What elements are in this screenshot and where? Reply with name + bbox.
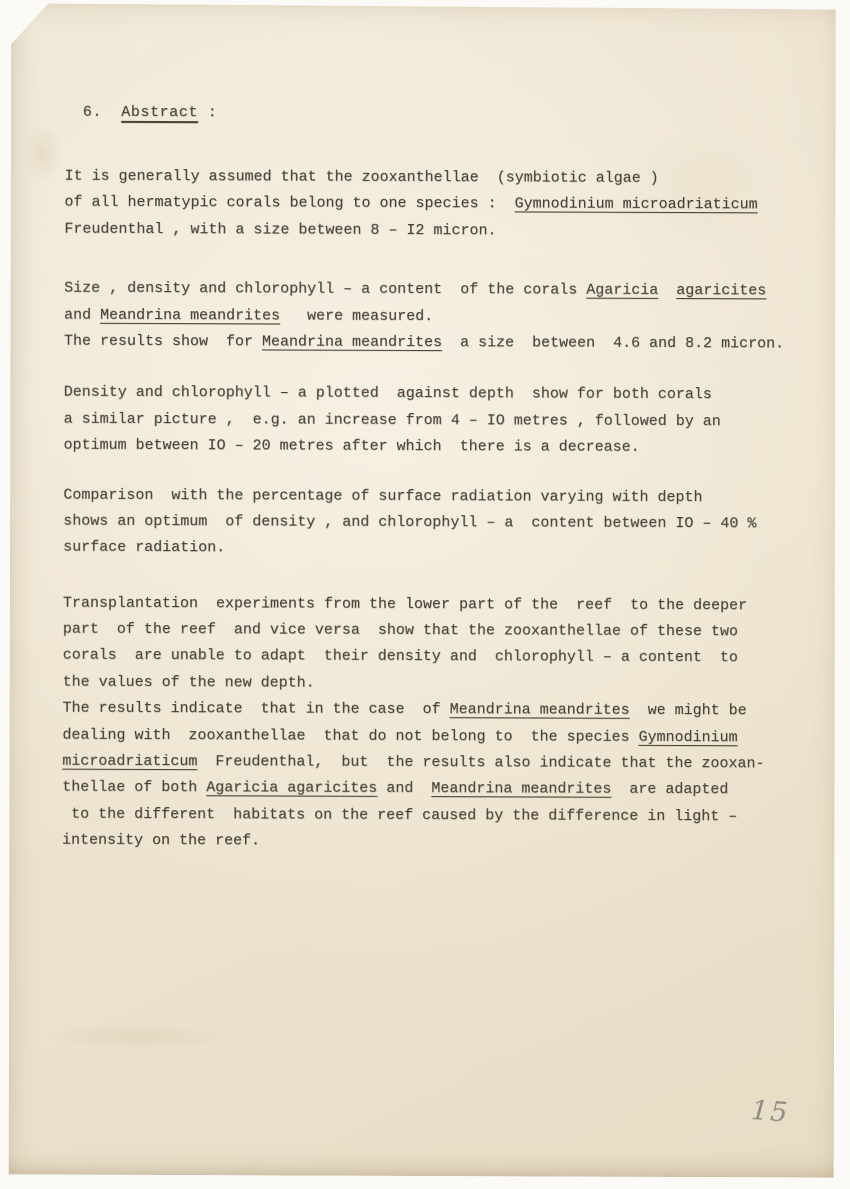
text-line: to the different habitats on the reef ca… <box>62 801 814 830</box>
text-line: The results show for Meandrina meandrite… <box>64 329 816 358</box>
text-run: were measured. <box>280 307 433 325</box>
text-line: Density and chlorophyll – a plotted agai… <box>64 380 816 409</box>
text-run: 6. <box>83 104 121 121</box>
underlined-species-name: Meandrina meandrites <box>100 306 280 324</box>
text-line: Size , density and chlorophyll – a conte… <box>64 276 816 305</box>
text-run: intensity on the reef. <box>62 832 260 850</box>
text-line: of all hermatypic corals belong to one s… <box>64 190 816 219</box>
underlined-species-name: Gymnodinium microadriaticum <box>515 196 758 214</box>
text-line: corals are unable to adapt their density… <box>63 643 815 672</box>
text-run: and <box>377 780 431 797</box>
text-line: intensity on the reef. <box>62 828 814 857</box>
text-line: The results indicate that in the case of… <box>62 696 814 725</box>
underlined-species-name: Abstract <box>121 104 198 121</box>
text-line: shows an optimum of density , and chloro… <box>63 509 815 538</box>
underlined-species-name: Agaricia <box>586 282 658 299</box>
text-run: The results show for <box>64 333 262 351</box>
text-run: Size , density and chlorophyll – a conte… <box>64 280 586 299</box>
text-run: surface radiation. <box>63 539 225 557</box>
text-line: part of the reef and vice versa show tha… <box>63 617 815 646</box>
text-run: and <box>64 306 100 323</box>
text-run: thellae of both <box>62 779 206 797</box>
text-line: and Meandrina meandrites were measured. <box>64 302 816 331</box>
text-line: a similar picture , e.g. an increase fro… <box>64 406 816 435</box>
text-line: dealing with zooxanthellae that do not b… <box>62 722 814 751</box>
handwritten-page-number: 15 <box>750 1095 791 1129</box>
text-run: the values of the new depth. <box>63 673 315 691</box>
underlined-species-name: microadriaticum <box>62 753 197 771</box>
paragraph: Density and chlorophyll – a plotted agai… <box>64 380 816 462</box>
text-line: optimum between IO – 20 metres after whi… <box>64 433 816 462</box>
text-run: The results indicate that in the case of <box>63 700 450 718</box>
text-line: It is generally assumed that the zooxant… <box>65 164 817 193</box>
text-line: thellae of both Agaricia agaricites and … <box>62 775 814 804</box>
paragraph: Transplantation experiments from the low… <box>62 590 815 857</box>
text-line: surface radiation. <box>63 535 815 564</box>
text-run: part of the reef and vice versa show tha… <box>63 621 738 641</box>
paper-blemish <box>23 123 63 183</box>
text-run: shows an optimum of density , and chloro… <box>63 513 756 533</box>
text-run: optimum between IO – 20 metres after whi… <box>64 437 640 456</box>
scan-stage: 6. Abstract : It is generally assumed th… <box>0 0 850 1189</box>
underlined-species-name: Meandrina meandrites <box>431 780 611 798</box>
paper-sheet: 6. Abstract : It is generally assumed th… <box>7 3 838 1177</box>
underlined-species-name: Meandrina meandrites <box>450 701 630 719</box>
paragraph: Size , density and chlorophyll – a conte… <box>64 276 816 358</box>
text-line: Transplantation experiments from the low… <box>63 590 815 619</box>
text-run: of all hermatypic corals belong to one s… <box>64 194 514 213</box>
document-text: It is generally assumed that the zooxant… <box>62 164 817 857</box>
underlined-species-name: Meandrina meandrites <box>262 333 442 351</box>
text-run: Density and chlorophyll – a plotted agai… <box>64 384 712 403</box>
text-run: Freudenthal , with a size between 8 – I2… <box>64 220 496 239</box>
text-line: the values of the new depth. <box>63 669 815 698</box>
text-run: : <box>198 104 217 121</box>
text-run: to the different habitats on the reef ca… <box>62 805 737 825</box>
text-run: It is generally assumed that the zooxant… <box>65 168 659 187</box>
underlined-species-name: agaricites <box>676 282 766 299</box>
text-run: we might be <box>630 702 747 719</box>
underlined-species-name: Agaricia agaricites <box>206 780 377 798</box>
text-run: a size between 4.6 and 8.2 micron. <box>442 334 784 352</box>
section-heading: 6. Abstract : <box>83 104 217 122</box>
text-run <box>658 282 676 299</box>
text-run: are adapted <box>611 781 728 798</box>
text-run: a similar picture , e.g. an increase fro… <box>64 410 721 430</box>
paragraph: Comparison with the percentage of surfac… <box>63 482 815 564</box>
text-line: Comparison with the percentage of surfac… <box>63 482 815 511</box>
text-run: Comparison with the percentage of surfac… <box>63 486 702 505</box>
text-line: microadriaticum Freudenthal, but the res… <box>62 749 814 778</box>
paragraph: It is generally assumed that the zooxant… <box>64 164 816 246</box>
text-run: Freudenthal, but the results also indica… <box>197 753 764 772</box>
text-line: Freudenthal , with a size between 8 – I2… <box>64 216 816 245</box>
text-run: corals are unable to adapt their density… <box>63 647 738 667</box>
text-run: Transplantation experiments from the low… <box>63 594 747 614</box>
underlined-species-name: Gymnodinium <box>639 728 738 745</box>
text-run: dealing with zooxanthellae that do not b… <box>62 726 638 745</box>
paper-blemish <box>47 1024 227 1051</box>
